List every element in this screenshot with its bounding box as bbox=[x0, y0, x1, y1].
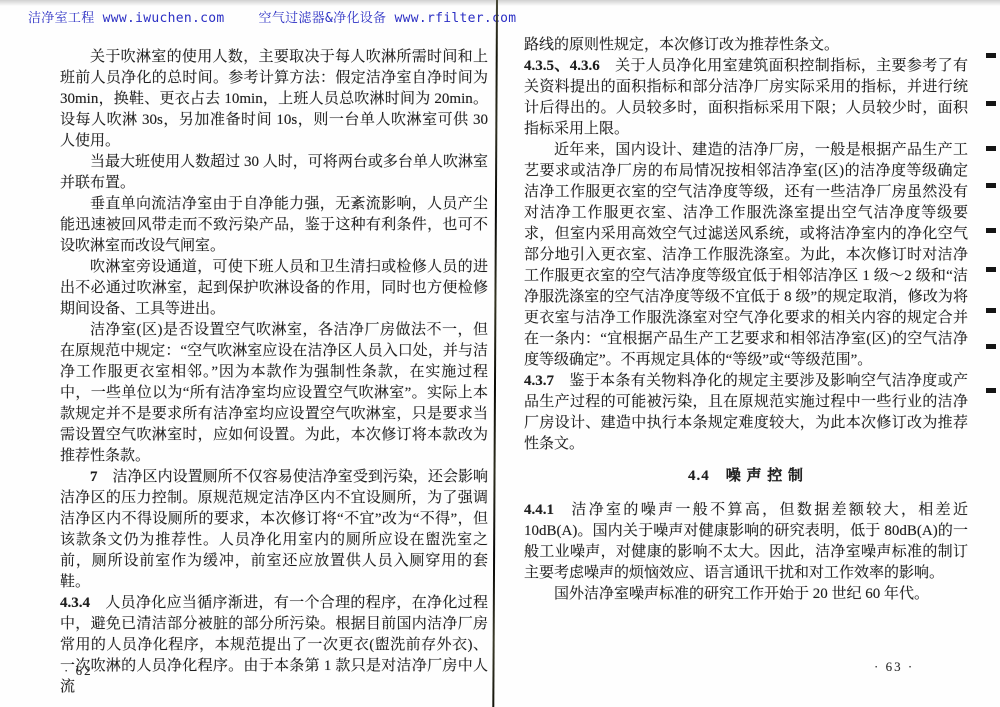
paragraph: 洁净室(区)是否设置空气吹淋室，各洁净厂房做法不一，但在原规范中规定：“空气吹淋… bbox=[60, 320, 488, 467]
scanned-book-spread: 洁净室工程 www.iwuchen.com空气过滤器&净化设备 www.rfil… bbox=[0, 0, 1000, 707]
site-link-rfilter[interactable]: 空气过滤器&净化设备 www.rfilter.com bbox=[259, 11, 517, 26]
paragraph: 路线的原则性规定，本次修订改为推荐性条文。 bbox=[524, 35, 968, 56]
section-heading: 4.4 噪 声 控 制 bbox=[524, 466, 968, 487]
paragraph-text: 关于吹淋室的使用人数，主要取决于每人吹淋所需时间和上班前人员净化的总时间。参考计… bbox=[60, 49, 488, 149]
page-edge-mark bbox=[986, 267, 996, 272]
paragraph: 4.3.7 鉴于本条有关物料净化的规定主要涉及影响空气洁净度或产品生产过程的可能… bbox=[524, 371, 968, 455]
clause-number: 7 bbox=[90, 469, 98, 485]
paragraph-text: 国外洁净室噪声标准的研究工作开始于 20 世纪 60 年代。 bbox=[554, 586, 929, 602]
page-edge-mark bbox=[986, 53, 996, 58]
paragraph-text: 洁净室(区)是否设置空气吹淋室，各洁净厂房做法不一，但在原规范中规定：“空气吹淋… bbox=[60, 322, 488, 464]
paragraph: 7 洁净区内设置厕所不仅容易使洁净室受到污染，还会影响洁净区的压力控制。原规范规… bbox=[60, 467, 488, 593]
paragraph: 关于吹淋室的使用人数，主要取决于每人吹淋所需时间和上班前人员净化的总时间。参考计… bbox=[60, 47, 488, 152]
clause-number: 4.3.5、4.3.6 bbox=[524, 58, 600, 74]
paragraph-text: 当最大班使用人数超过 30 人时，可将两台或多台单人吹淋室并联布置。 bbox=[60, 154, 488, 191]
paragraph: 垂直单向流洁净室由于自净能力强，无紊流影响，人员产尘能迅速被回风带走而不致污染产… bbox=[60, 194, 488, 257]
page-edge-mark bbox=[986, 308, 996, 313]
paragraph: 4.4.1 洁净室的噪声一般不算高，但数据差额较大，相差近 10dB(A)。国内… bbox=[524, 500, 968, 584]
right-page-text: 路线的原则性规定，本次修订改为推荐性条文。4.3.5、4.3.6 关于人员净化用… bbox=[524, 35, 968, 605]
scan-shadow-top bbox=[0, 0, 1000, 6]
clause-number: 4.3.4 bbox=[60, 595, 90, 611]
paragraph-text: 吹淋室旁设通道，可使下班人员和卫生清扫或检修人员的进出不必通过吹淋室，起到保护吹… bbox=[60, 259, 488, 317]
paragraph: 当最大班使用人数超过 30 人时，可将两台或多台单人吹淋室并联布置。 bbox=[60, 152, 488, 194]
page-edge-mark bbox=[986, 228, 996, 233]
page-edge-mark bbox=[986, 183, 996, 188]
clause-number: 4.4 bbox=[688, 468, 710, 484]
site-link-iwuchen[interactable]: 洁净室工程 www.iwuchen.com bbox=[28, 11, 225, 26]
paragraph: 4.3.5、4.3.6 关于人员净化用室建筑面积控制指标，主要参考了有关资料提出… bbox=[524, 56, 968, 140]
paragraph-text: 近年来，国内设计、建造的洁净厂房，一般是根据产品生产工艺要求或洁净厂房的布局情况… bbox=[524, 142, 968, 368]
paragraph: 国外洁净室噪声标准的研究工作开始于 20 世纪 60 年代。 bbox=[524, 584, 968, 605]
clause-number: 4.3.7 bbox=[524, 373, 554, 389]
book-spine-line bbox=[492, 0, 498, 707]
paragraph-text: 洁净室的噪声一般不算高，但数据差额较大，相差近 10dB(A)。国内关于噪声对健… bbox=[524, 502, 968, 581]
page-number-left: · 62 · bbox=[64, 663, 104, 679]
paragraph-text: 人员净化应当循序渐进，有一个合理的程序，在净化过程中，避免已清洁部分被脏的部分所… bbox=[60, 595, 488, 695]
page-edge-mark bbox=[986, 344, 996, 349]
page-number-right: · 63 · bbox=[874, 659, 914, 675]
page-edge-mark bbox=[986, 101, 996, 106]
paragraph-text: 垂直单向流洁净室由于自净能力强，无紊流影响，人员产尘能迅速被回风带走而不致污染产… bbox=[60, 196, 488, 254]
paragraph-text: 鉴于本条有关物料净化的规定主要涉及影响空气洁净度或产品生产过程的可能被污染，且在… bbox=[524, 373, 968, 452]
paragraph: 4.3.4 人员净化应当循序渐进，有一个合理的程序，在净化过程中，避免已清洁部分… bbox=[60, 593, 488, 698]
site-header: 洁净室工程 www.iwuchen.com空气过滤器&净化设备 www.rfil… bbox=[28, 7, 516, 26]
page-edge-mark bbox=[986, 146, 996, 151]
paragraph: 近年来，国内设计、建造的洁净厂房，一般是根据产品生产工艺要求或洁净厂房的布局情况… bbox=[524, 140, 968, 371]
paragraph-text: 路线的原则性规定，本次修订改为推荐性条文。 bbox=[524, 37, 839, 53]
clause-number: 4.4.1 bbox=[524, 502, 554, 518]
paragraph: 吹淋室旁设通道，可使下班人员和卫生清扫或检修人员的进出不必通过吹淋室，起到保护吹… bbox=[60, 257, 488, 320]
page-edge-mark bbox=[986, 388, 996, 393]
left-page-text: 关于吹淋室的使用人数，主要取决于每人吹淋所需时间和上班前人员净化的总时间。参考计… bbox=[60, 47, 488, 698]
paragraph-text: 洁净区内设置厕所不仅容易使洁净室受到污染，还会影响洁净区的压力控制。原规范规定洁… bbox=[60, 469, 488, 590]
paragraph-text: 噪 声 控 制 bbox=[726, 468, 804, 484]
